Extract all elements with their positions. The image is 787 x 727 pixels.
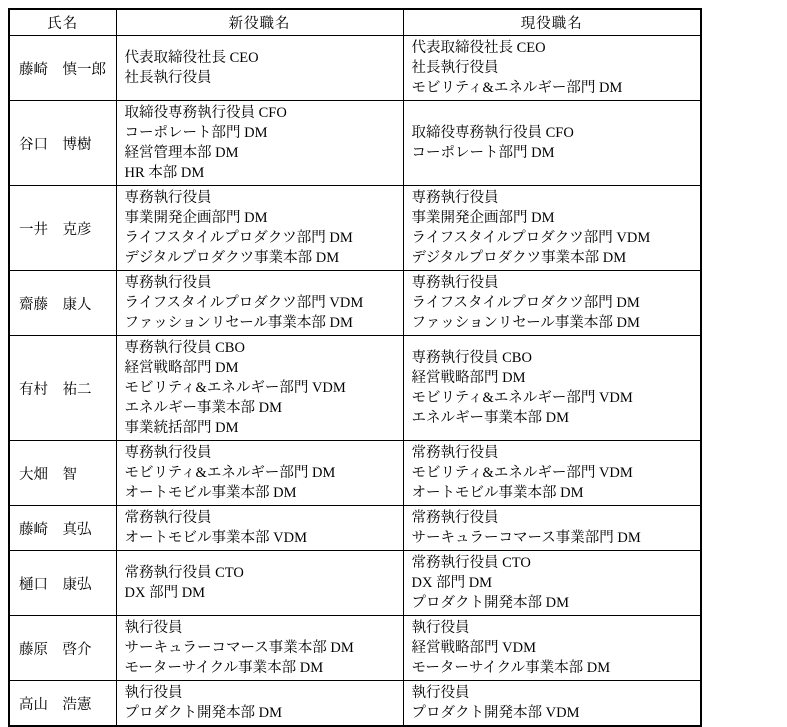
- position-line: オートモビル事業本部 VDM: [125, 528, 401, 548]
- executive-name: 藤崎 真弘: [9, 506, 116, 551]
- position-line: ライフスタイルプロダクツ部門 DM: [125, 228, 401, 248]
- header-current-title: 現役職名: [403, 9, 701, 36]
- current-position-cell: 執行役員プロダクト開発本部 VDM: [403, 681, 701, 727]
- position-line: 専務執行役員: [412, 273, 699, 293]
- position-line: 事業統括部門 DM: [125, 418, 401, 438]
- table-row: 藤原 啓介執行役員サーキュラーコマース事業本部 DMモーターサイクル事業本部 D…: [9, 616, 701, 681]
- position-line: DX 部門 DM: [412, 573, 699, 593]
- document-page: 氏名 新役職名 現役職名 藤崎 慎一郎代表取締役社長 CEO社長執行役員代表取締…: [0, 0, 787, 727]
- position-line: コーポレート部門 DM: [125, 123, 401, 143]
- new-position-cell: 常務執行役員オートモビル事業本部 VDM: [116, 506, 403, 551]
- current-position-cell: 専務執行役員 CBO経営戦略部門 DMモビリティ&エネルギー部門 VDMエネルギ…: [403, 336, 701, 441]
- position-line: 執行役員: [125, 683, 401, 703]
- position-line: モビリティ&エネルギー部門 VDM: [412, 388, 699, 408]
- position-line: 専務執行役員: [125, 273, 401, 293]
- position-line: 常務執行役員: [412, 508, 699, 528]
- position-line: デジタルプロダクツ事業本部 DM: [125, 248, 401, 268]
- table-row: 高山 浩憲執行役員プロダクト開発本部 DM執行役員プロダクト開発本部 VDM: [9, 681, 701, 727]
- position-line: 社長執行役員: [125, 68, 401, 88]
- header-new-title: 新役職名: [116, 9, 403, 36]
- current-position-cell: 執行役員経営戦略部門 VDMモーターサイクル事業本部 DM: [403, 616, 701, 681]
- position-line: プロダクト開発本部 DM: [125, 703, 401, 723]
- table-row: 藤崎 慎一郎代表取締役社長 CEO社長執行役員代表取締役社長 CEO社長執行役員…: [9, 36, 701, 101]
- current-position-cell: 代表取締役社長 CEO社長執行役員モビリティ&エネルギー部門 DM: [403, 36, 701, 101]
- table-row: 有村 祐二専務執行役員 CBO経営戦略部門 DMモビリティ&エネルギー部門 VD…: [9, 336, 701, 441]
- executive-name: 高山 浩憲: [9, 681, 116, 727]
- position-line: エネルギー事業本部 DM: [125, 398, 401, 418]
- new-position-cell: 常務執行役員 CTODX 部門 DM: [116, 551, 403, 616]
- position-line: 事業開発企画部門 DM: [412, 208, 699, 228]
- table-row: 藤崎 真弘常務執行役員オートモビル事業本部 VDM常務執行役員サーキュラーコマー…: [9, 506, 701, 551]
- position-line: モビリティ&エネルギー部門 VDM: [125, 378, 401, 398]
- position-line: 経営管理本部 DM: [125, 143, 401, 163]
- position-line: DX 部門 DM: [125, 583, 401, 603]
- new-position-cell: 専務執行役員ライフスタイルプロダクツ部門 VDMファッションリセール事業本部 D…: [116, 271, 403, 336]
- current-position-cell: 常務執行役員モビリティ&エネルギー部門 VDMオートモビル事業本部 DM: [403, 441, 701, 506]
- position-line: エネルギー事業本部 DM: [412, 408, 699, 428]
- table-body: 藤崎 慎一郎代表取締役社長 CEO社長執行役員代表取締役社長 CEO社長執行役員…: [9, 36, 701, 727]
- position-line: モビリティ&エネルギー部門 DM: [412, 78, 699, 98]
- position-line: プロダクト開発本部 DM: [412, 593, 699, 613]
- new-position-cell: 執行役員サーキュラーコマース事業本部 DMモーターサイクル事業本部 DM: [116, 616, 403, 681]
- position-line: 取締役専務執行役員 CFO: [125, 103, 401, 123]
- position-line: 専務執行役員: [125, 188, 401, 208]
- position-line: サーキュラーコマース事業部門 DM: [412, 528, 699, 548]
- new-position-cell: 専務執行役員事業開発企画部門 DMライフスタイルプロダクツ部門 DMデジタルプロ…: [116, 186, 403, 271]
- table-row: 齋藤 康人専務執行役員ライフスタイルプロダクツ部門 VDMファッションリセール事…: [9, 271, 701, 336]
- position-line: ライフスタイルプロダクツ部門 DM: [412, 293, 699, 313]
- table-row: 一井 克彦専務執行役員事業開発企画部門 DMライフスタイルプロダクツ部門 DMデ…: [9, 186, 701, 271]
- position-line: モーターサイクル事業本部 DM: [412, 658, 699, 678]
- position-line: ファッションリセール事業本部 DM: [412, 313, 699, 333]
- current-position-cell: 専務執行役員ライフスタイルプロダクツ部門 DMファッションリセール事業本部 DM: [403, 271, 701, 336]
- position-line: 事業開発企画部門 DM: [125, 208, 401, 228]
- position-line: コーポレート部門 DM: [412, 143, 699, 163]
- position-line: モーターサイクル事業本部 DM: [125, 658, 401, 678]
- position-line: プロダクト開発本部 VDM: [412, 703, 699, 723]
- executive-name: 一井 克彦: [9, 186, 116, 271]
- position-line: 執行役員: [412, 683, 699, 703]
- executive-name: 藤崎 慎一郎: [9, 36, 116, 101]
- table-row: 谷口 博樹取締役専務執行役員 CFOコーポレート部門 DM経営管理本部 DMHR…: [9, 101, 701, 186]
- position-line: モビリティ&エネルギー部門 VDM: [412, 463, 699, 483]
- position-line: 代表取締役社長 CEO: [125, 48, 401, 68]
- position-line: HR 本部 DM: [125, 163, 401, 183]
- position-line: オートモビル事業本部 DM: [125, 483, 401, 503]
- table-header-row: 氏名 新役職名 現役職名: [9, 9, 701, 36]
- position-line: 代表取締役社長 CEO: [412, 38, 699, 58]
- position-line: 経営戦略部門 VDM: [412, 638, 699, 658]
- position-line: 専務執行役員 CBO: [412, 348, 699, 368]
- current-position-cell: 常務執行役員 CTODX 部門 DMプロダクト開発本部 DM: [403, 551, 701, 616]
- position-line: オートモビル事業本部 DM: [412, 483, 699, 503]
- position-line: 専務執行役員: [412, 188, 699, 208]
- position-line: デジタルプロダクツ事業本部 DM: [412, 248, 699, 268]
- position-line: モビリティ&エネルギー部門 DM: [125, 463, 401, 483]
- position-line: ライフスタイルプロダクツ部門 VDM: [125, 293, 401, 313]
- current-position-cell: 取締役専務執行役員 CFOコーポレート部門 DM: [403, 101, 701, 186]
- position-line: 取締役専務執行役員 CFO: [412, 123, 699, 143]
- executive-name: 谷口 博樹: [9, 101, 116, 186]
- position-line: 常務執行役員: [412, 443, 699, 463]
- position-line: 経営戦略部門 DM: [125, 358, 401, 378]
- position-line: ファッションリセール事業本部 DM: [125, 313, 401, 333]
- executive-name: 大畑 智: [9, 441, 116, 506]
- header-name: 氏名: [9, 9, 116, 36]
- current-position-cell: 専務執行役員事業開発企画部門 DMライフスタイルプロダクツ部門 VDMデジタルプ…: [403, 186, 701, 271]
- executive-name: 樋口 康弘: [9, 551, 116, 616]
- position-line: サーキュラーコマース事業本部 DM: [125, 638, 401, 658]
- executive-name: 齋藤 康人: [9, 271, 116, 336]
- position-line: 経営戦略部門 DM: [412, 368, 699, 388]
- table-row: 大畑 智専務執行役員モビリティ&エネルギー部門 DMオートモビル事業本部 DM常…: [9, 441, 701, 506]
- new-position-cell: 執行役員プロダクト開発本部 DM: [116, 681, 403, 727]
- executive-name: 有村 祐二: [9, 336, 116, 441]
- position-line: 常務執行役員 CTO: [125, 563, 401, 583]
- executive-name: 藤原 啓介: [9, 616, 116, 681]
- executive-positions-table: 氏名 新役職名 現役職名 藤崎 慎一郎代表取締役社長 CEO社長執行役員代表取締…: [8, 8, 702, 727]
- position-line: 専務執行役員 CBO: [125, 338, 401, 358]
- position-line: 専務執行役員: [125, 443, 401, 463]
- current-position-cell: 常務執行役員サーキュラーコマース事業部門 DM: [403, 506, 701, 551]
- new-position-cell: 専務執行役員モビリティ&エネルギー部門 DMオートモビル事業本部 DM: [116, 441, 403, 506]
- position-line: 常務執行役員: [125, 508, 401, 528]
- position-line: 社長執行役員: [412, 58, 699, 78]
- new-position-cell: 専務執行役員 CBO経営戦略部門 DMモビリティ&エネルギー部門 VDMエネルギ…: [116, 336, 403, 441]
- new-position-cell: 代表取締役社長 CEO社長執行役員: [116, 36, 403, 101]
- position-line: ライフスタイルプロダクツ部門 VDM: [412, 228, 699, 248]
- position-line: 執行役員: [125, 618, 401, 638]
- table-row: 樋口 康弘常務執行役員 CTODX 部門 DM常務執行役員 CTODX 部門 D…: [9, 551, 701, 616]
- position-line: 常務執行役員 CTO: [412, 553, 699, 573]
- new-position-cell: 取締役専務執行役員 CFOコーポレート部門 DM経営管理本部 DMHR 本部 D…: [116, 101, 403, 186]
- position-line: 執行役員: [412, 618, 699, 638]
